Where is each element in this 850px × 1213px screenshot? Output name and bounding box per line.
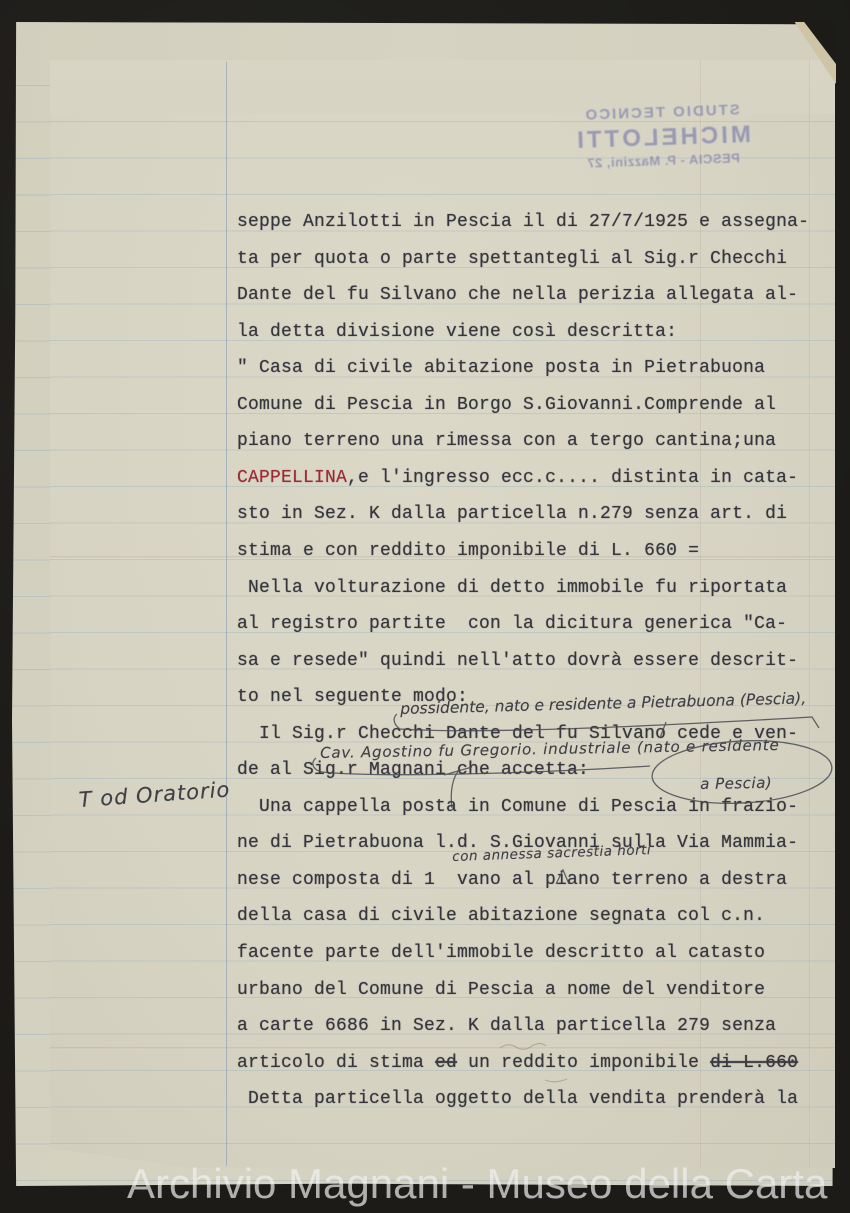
typed-text: seppe Anzilotti in Pescia il di 27/7/192… <box>0 0 850 1213</box>
typed-line: ta per quota o parte spettantegli al Sig… <box>237 249 787 269</box>
typed-line: " Casa di civile abitazione posta in Pie… <box>237 358 765 378</box>
typed-line: Dante del fu Silvano che nella perizia a… <box>237 285 798 305</box>
typed-line: Detta particella oggetto della vendita p… <box>237 1089 798 1109</box>
typed-line: a carte 6686 in Sez. K dalla particella … <box>237 1016 776 1036</box>
typed-line: nese composta di 1 vano al piano terreno… <box>237 870 787 890</box>
typed-line: stima e con reddito imponibile di L. 660… <box>237 541 699 561</box>
document-scan: STUDIO TECNICO MICHELOTTI PESCIA - P. Ma… <box>0 0 850 1213</box>
typed-line: urbano del Comune di Pescia a nome del v… <box>237 980 765 1000</box>
watermark: Archivio Magnani - Museo della Carta <box>127 1163 827 1205</box>
typed-line: seppe Anzilotti in Pescia il di 27/7/192… <box>237 212 809 232</box>
typed-line: facente parte dell'immobile descritto al… <box>237 943 765 963</box>
typed-line: Comune di Pescia in Borgo S.Giovanni.Com… <box>237 395 776 415</box>
typed-line: CAPPELLINA,e l'ingresso ecc.c.... distin… <box>237 468 798 488</box>
insert-a-pescia: a Pescia) <box>700 774 772 793</box>
typed-line: sto in Sez. K dalla particella n.279 sen… <box>237 504 787 524</box>
typed-line: Una cappella posta in Comune di Pescia i… <box>237 797 798 817</box>
typed-line: piano terreno una rimessa con a tergo ca… <box>237 431 776 451</box>
typed-line: della casa di civile abitazione segnata … <box>237 906 765 926</box>
typed-line: al registro partite con la dicitura gene… <box>237 614 787 634</box>
typed-line: la detta divisione viene così descritta: <box>237 322 677 342</box>
typed-line: Nella volturazione di detto immobile fu … <box>237 578 787 598</box>
typed-line: articolo di stima ed un reddito imponibi… <box>237 1053 798 1073</box>
typed-line: de al Sig.r Magnani che accetta: <box>237 760 589 780</box>
typed-line: sa e resede" quindi nell'atto dovrà esse… <box>237 651 798 671</box>
